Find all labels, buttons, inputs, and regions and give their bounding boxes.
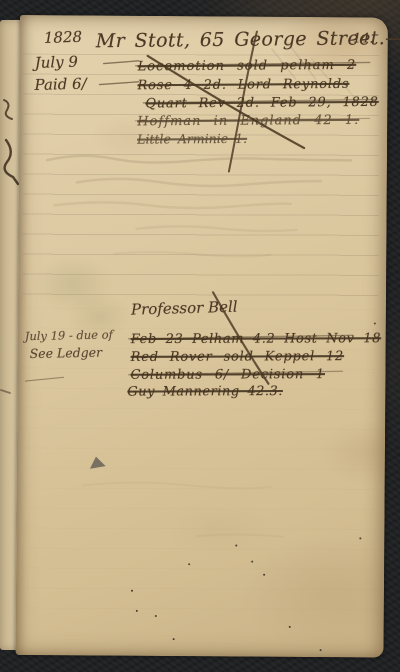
entry-line: Little Arminie 1. [137,131,247,147]
ink-specks [20,15,22,17]
entry-line: Feb 23 Pelham 4.2 Host Nov 18 [131,331,381,347]
margin-paid-note: Paid 6/ [34,75,87,94]
entry-line: Rose 4 2d. Lord Reynolds [137,77,349,93]
entry-line: Columbus 6/ Decision 1 [130,367,325,383]
page-number: 14. [353,31,374,46]
entry-group-heading: Professor Bell [131,298,238,319]
ink-blot-triangle [88,455,106,469]
entry-line: Guy Mannering 42.3. [127,384,283,400]
ledger-page: 1828 Mr Stott, 65 George Street.— 14. Ju… [16,15,388,658]
notebook-photo: 1828 Mr Stott, 65 George Street.— 14. Ju… [0,0,400,672]
entry-year: 1828 [44,28,83,47]
margin-dash [100,82,139,85]
margin-ledger-note: See Ledger [30,345,103,361]
entry-line: Quart Rev 2d. Feb 29, 1828 [145,95,378,112]
margin-dash [25,377,63,381]
entry-line: Hoffman in England 42 1. [137,113,359,130]
entry-line: Red Rover sold Keppel 12 [131,349,345,365]
margin-dash [104,61,139,64]
margin-date: July 9 [34,53,78,72]
entry-line: Locomotion sold pelham 2 [138,58,357,75]
margin-date: July 19 - due of [25,328,113,344]
